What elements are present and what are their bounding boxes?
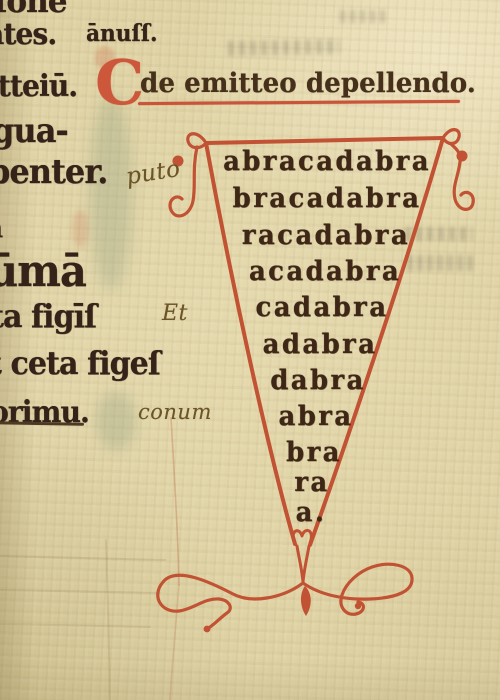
abracadabra-row-3: racadabra	[242, 222, 410, 249]
triangle-top-bar	[206, 138, 443, 143]
margin-fragment-figis: ta figīſ	[0, 300, 96, 332]
abracadabra-row-11: a.	[296, 499, 327, 526]
rubric-initial-c: C	[95, 52, 144, 114]
abracadabra-row-10: ra	[294, 469, 329, 496]
abracadabra-row-8: abra	[279, 403, 354, 430]
abracadabra-row-2: bracadabra	[233, 185, 422, 212]
marginal-note-conum: conum	[138, 402, 212, 423]
right-corner-knot	[443, 130, 459, 144]
margin-fragment-penter: penter.	[0, 155, 107, 189]
margin-fragment-itteiu: itteiū.	[0, 72, 77, 102]
abracadabra-row-4: acadabra	[249, 258, 401, 285]
abracadabra-row-5: cadabra	[256, 294, 389, 321]
margin-fragment-top: fone	[0, 0, 67, 17]
abracadabra-row-1: abracadabra	[223, 148, 431, 175]
margin-fragment-gua: gua-	[0, 114, 68, 148]
marginal-note-et: Et	[162, 303, 188, 325]
margin-fragment-umma: ūmā	[0, 250, 86, 294]
ruling-lines	[0, 418, 179, 700]
abracadabra-row-9: bra	[286, 439, 342, 466]
right-curl-ball	[457, 151, 468, 162]
apex-tassel-leaf	[301, 586, 311, 616]
apex-stem	[297, 546, 309, 582]
abracadabra-row-6: adabra	[263, 331, 378, 358]
margin-fragment-tes: ates.	[0, 20, 56, 50]
marginal-note-anuss: ānuſſ.	[86, 22, 158, 45]
margin-fragment-cut: a	[0, 214, 2, 242]
margin-fragment-figes: t ceta figeſ	[0, 347, 160, 379]
manuscript-page: fone ates. ānuſſ. itteiū. gua- penter. p…	[0, 0, 500, 700]
chapter-heading: de emitteo depellendo.	[140, 70, 476, 97]
abracadabra-row-7: dabra	[270, 367, 366, 394]
flourish-left-end-blob	[204, 626, 211, 633]
flourish-right-end-blob	[355, 603, 361, 609]
